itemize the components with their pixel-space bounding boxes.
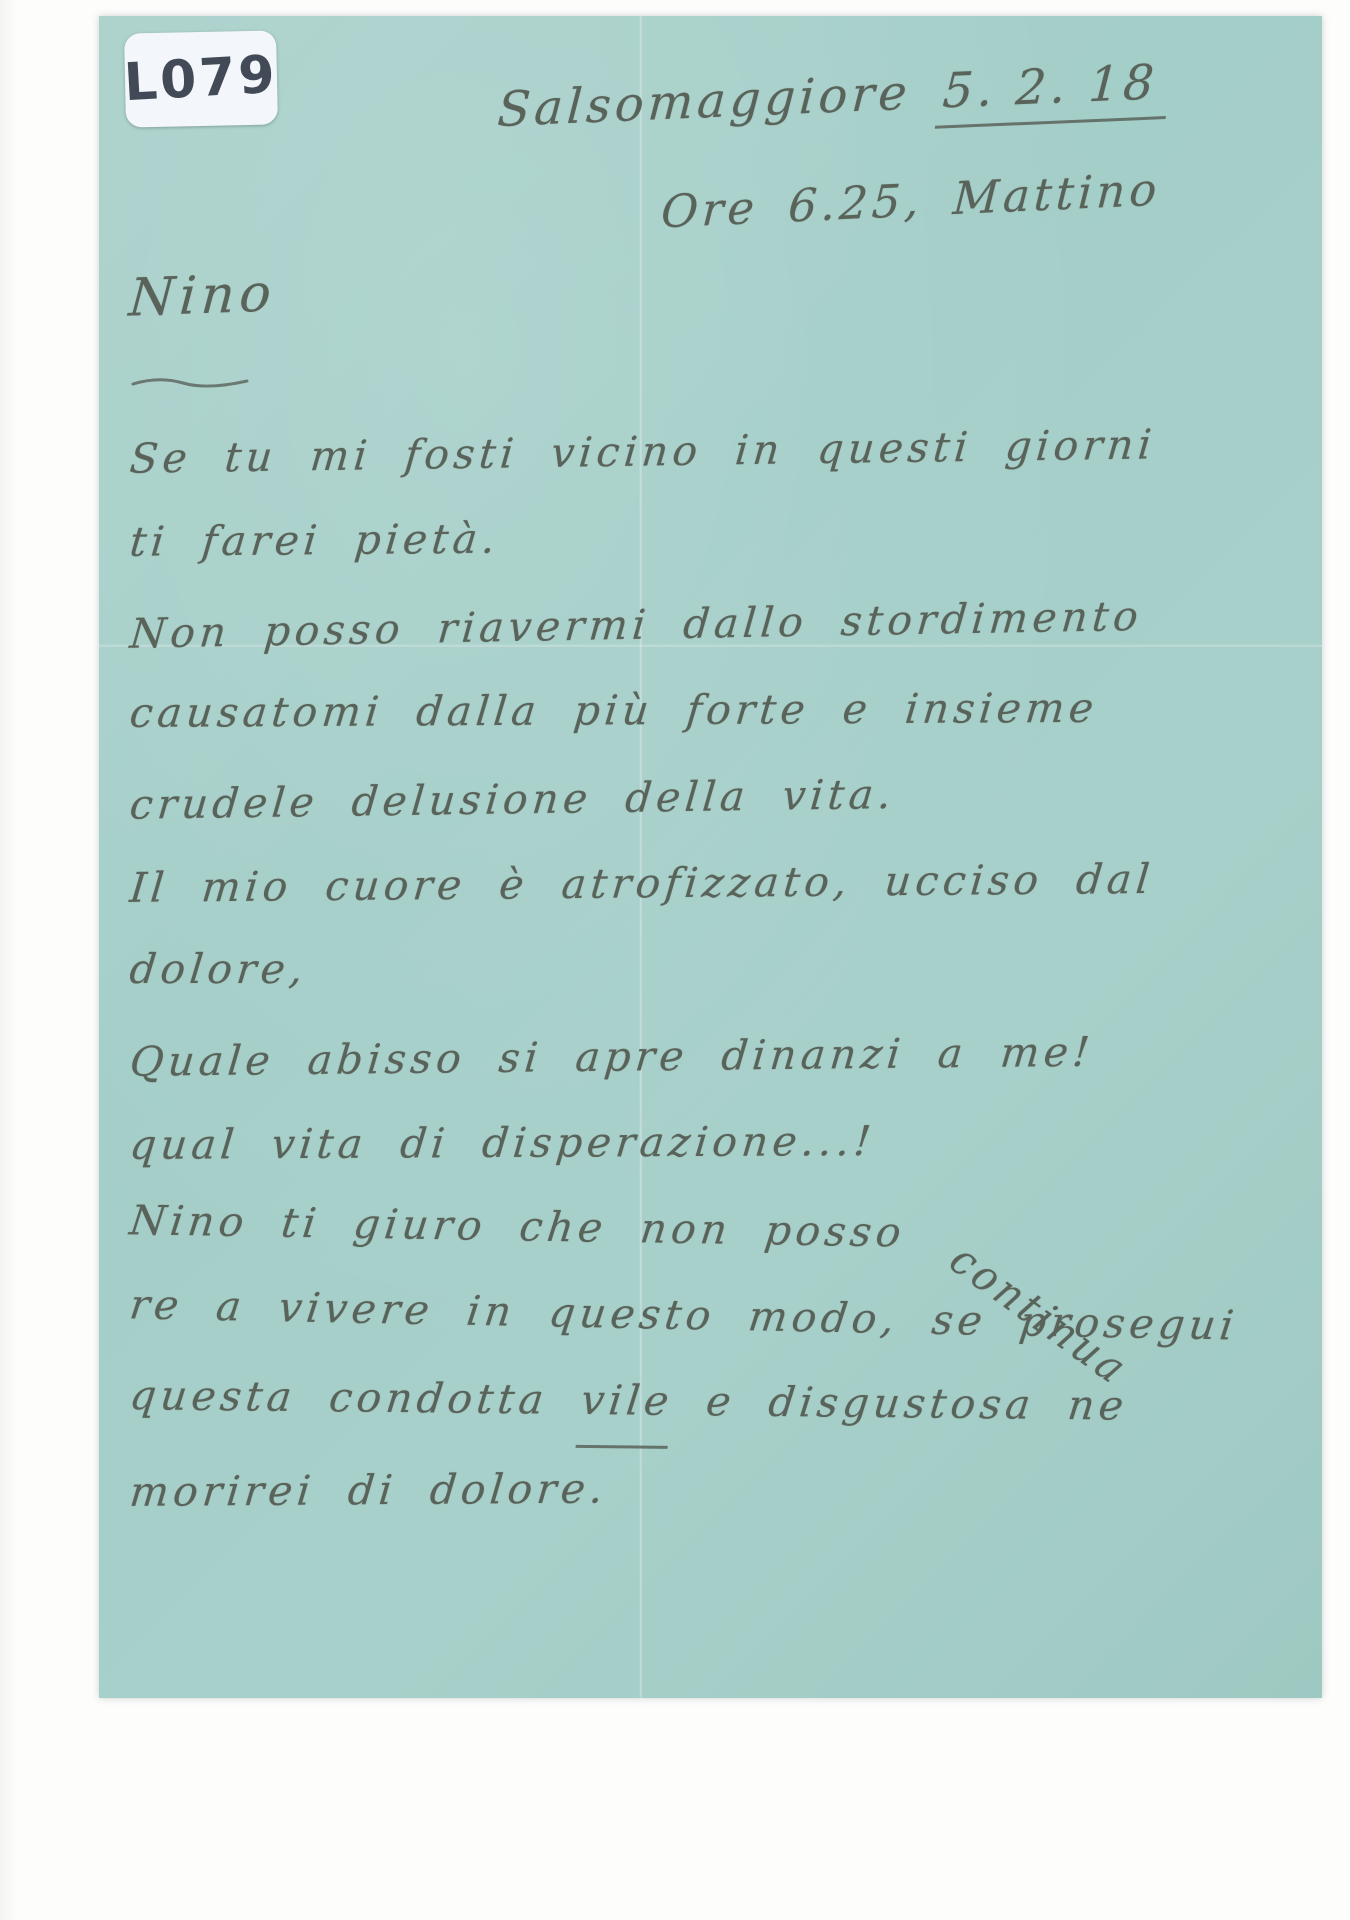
underlined-word: vile	[576, 1357, 678, 1449]
letter-line: ti farei pietà.	[126, 490, 1242, 586]
letter-line: qual vita di disperazione...!	[126, 1096, 1242, 1188]
place-name: Salsomaggiore	[496, 65, 913, 139]
letter-line: questa condotta vile e disgustosa ne	[125, 1353, 1243, 1451]
letter-line: Quale abisso si apre dinanzi a me!	[126, 1007, 1242, 1105]
archival-sticker: L079	[124, 30, 278, 127]
catalog-label: L079	[123, 45, 280, 113]
letter-line: morirei di dolore.	[126, 1441, 1242, 1535]
letter-body: Se tu mi fosti vicino in questi giorni t…	[130, 408, 1238, 1531]
letter-line: Il mio cuore è atrofizzato, ucciso dal	[126, 835, 1242, 931]
salutation-flourish	[131, 374, 251, 390]
line-text: Nino ti giuro che non posso	[127, 1196, 941, 1257]
letter-date: 5. 2. 18	[934, 54, 1169, 129]
line-text: questa condotta	[127, 1372, 584, 1425]
line-text: e disgustosa ne	[670, 1377, 1130, 1430]
letter-line: Se tu mi fosti vicino in questi giorni	[126, 400, 1241, 502]
letter-line: crudele delusione della vita.	[126, 746, 1241, 848]
letter-line: Non posso riavermi dallo stordimento	[126, 571, 1241, 677]
scan-background: L079 Salsomaggiore5. 2. 18 Ore 6.25, Mat…	[0, 0, 1350, 1920]
letter-paper: L079 Salsomaggiore5. 2. 18 Ore 6.25, Mat…	[99, 16, 1322, 1698]
salutation: Nino	[127, 263, 278, 328]
letter-line: dolore,	[125, 926, 1242, 1012]
letter-line: causatomi dalla più forte e insieme	[126, 664, 1242, 756]
place-date-line: Salsomaggiore5. 2. 18	[495, 54, 1169, 147]
time-line: Ore 6.25, Mattino	[660, 163, 1162, 239]
